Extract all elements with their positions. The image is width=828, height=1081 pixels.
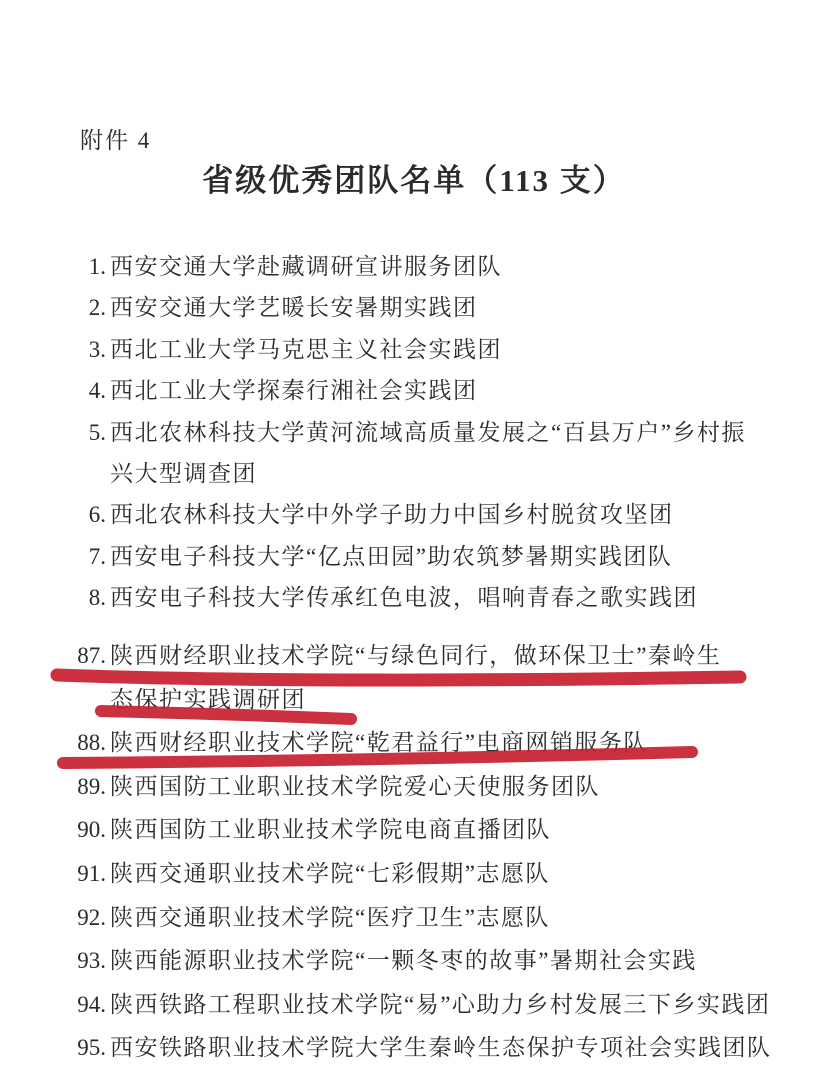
item-text: 陕西交通职业技术学院“医疗卫生”志愿队 <box>110 905 550 930</box>
item-number: 89. <box>0 765 106 809</box>
team-list-item: 94.陕西铁路工程职业技术学院“易”心助力乡村发展三下乡实践团 <box>0 983 828 1027</box>
item-number: 3. <box>0 329 106 370</box>
team-list-item: 87.陕西财经职业技术学院“与绿色同行，做环保卫士”秦岭生 <box>0 634 828 678</box>
team-list-upper: 1.西安交通大学赴藏调研宣讲服务团队2.西安交通大学艺暖长安暑期实践团3.西北工… <box>0 246 828 619</box>
item-text: 西安交通大学艺暖长安暑期实践团 <box>110 295 478 320</box>
team-list-item: 3.西北工业大学马克思主义社会实践团 <box>0 329 828 370</box>
team-list-item: 93.陕西能源职业技术学院“一颗冬枣的故事”暑期社会实践 <box>0 939 828 983</box>
item-text: 陕西财经职业技术学院“乾君益行”电商网销服务队 <box>110 730 648 755</box>
item-number: 91. <box>0 852 106 896</box>
team-list-item: 89.陕西国防工业职业技术学院爱心天使服务团队 <box>0 765 828 809</box>
team-list-item: 4.西北工业大学探秦行湘社会实践团 <box>0 370 828 411</box>
item-text: 西北农林科技大学黄河流域高质量发展之“百县万户”乡村振 <box>110 420 746 445</box>
item-number: 92. <box>0 896 106 940</box>
item-text: 陕西财经职业技术学院“与绿色同行，做环保卫士”秦岭生 <box>110 643 721 668</box>
attachment-label: 附件 4 <box>80 122 151 155</box>
team-list-lower: 87.陕西财经职业技术学院“与绿色同行，做环保卫士”秦岭生态保护实践调研团88.… <box>0 634 828 1070</box>
item-text: 西北工业大学马克思主义社会实践团 <box>110 337 502 362</box>
item-text: 态保护实践调研团 <box>110 687 306 712</box>
team-list-item: 88.陕西财经职业技术学院“乾君益行”电商网销服务队 <box>0 721 828 765</box>
team-list-item: 92.陕西交通职业技术学院“医疗卫生”志愿队 <box>0 896 828 940</box>
item-text: 西安电子科技大学传承红色电波，唱响青春之歌实践团 <box>110 585 698 610</box>
item-number: 7. <box>0 536 106 577</box>
item-number: 8. <box>0 577 106 618</box>
item-number: 4. <box>0 370 106 411</box>
item-text: 西北工业大学探秦行湘社会实践团 <box>110 378 478 403</box>
item-text: 西安交通大学赴藏调研宣讲服务团队 <box>110 254 502 279</box>
item-text: 陕西国防工业职业技术学院电商直播团队 <box>110 817 551 842</box>
item-number: 93. <box>0 939 106 983</box>
team-list-item: 1.西安交通大学赴藏调研宣讲服务团队 <box>0 246 828 287</box>
item-text: 兴大型调查团 <box>110 461 257 486</box>
item-number: 88. <box>0 721 106 765</box>
item-text: 西安铁路职业技术学院大学生秦岭生态保护专项社会实践团队 <box>110 1035 772 1060</box>
team-list-item: 2.西安交通大学艺暖长安暑期实践团 <box>0 287 828 328</box>
item-text: 陕西铁路工程职业技术学院“易”心助力乡村发展三下乡实践团 <box>110 992 770 1017</box>
item-number: 87. <box>0 634 106 678</box>
item-number: 95. <box>0 1026 106 1070</box>
item-text: 西北农林科技大学中外学子助力中国乡村脱贫攻坚团 <box>110 502 674 527</box>
item-number: 2. <box>0 287 106 328</box>
team-list-item: 91.陕西交通职业技术学院“七彩假期”志愿队 <box>0 852 828 896</box>
team-list-item: 8.西安电子科技大学传承红色电波，唱响青春之歌实践团 <box>0 577 828 618</box>
team-list-item: 90.陕西国防工业职业技术学院电商直播团队 <box>0 808 828 852</box>
item-number: 1. <box>0 246 106 287</box>
item-number: 5. <box>0 412 106 453</box>
page-title: 省级优秀团队名单（113 支） <box>0 155 828 200</box>
team-list-item: 95.西安铁路职业技术学院大学生秦岭生态保护专项社会实践团队 <box>0 1026 828 1070</box>
item-text: 陕西交通职业技术学院“七彩假期”志愿队 <box>110 861 550 886</box>
item-number: 6. <box>0 494 106 535</box>
item-text: 西安电子科技大学“亿点田园”助农筑梦暑期实践团队 <box>110 544 672 569</box>
team-list-item: 7.西安电子科技大学“亿点田园”助农筑梦暑期实践团队 <box>0 536 828 577</box>
team-list-item: 6.西北农林科技大学中外学子助力中国乡村脱贫攻坚团 <box>0 494 828 535</box>
item-text: 陕西国防工业职业技术学院爱心天使服务团队 <box>110 774 600 799</box>
document-page: 附件 4 省级优秀团队名单（113 支） 1.西安交通大学赴藏调研宣讲服务团队2… <box>0 0 828 1081</box>
item-number: 90. <box>0 808 106 852</box>
team-list-item-continuation: 态保护实践调研团 <box>0 678 828 722</box>
item-number: 94. <box>0 983 106 1027</box>
item-text: 陕西能源职业技术学院“一颗冬枣的故事”暑期社会实践 <box>110 948 697 973</box>
team-list-item-continuation: 兴大型调查团 <box>0 453 828 494</box>
team-list-item: 5.西北农林科技大学黄河流域高质量发展之“百县万户”乡村振 <box>0 412 828 453</box>
